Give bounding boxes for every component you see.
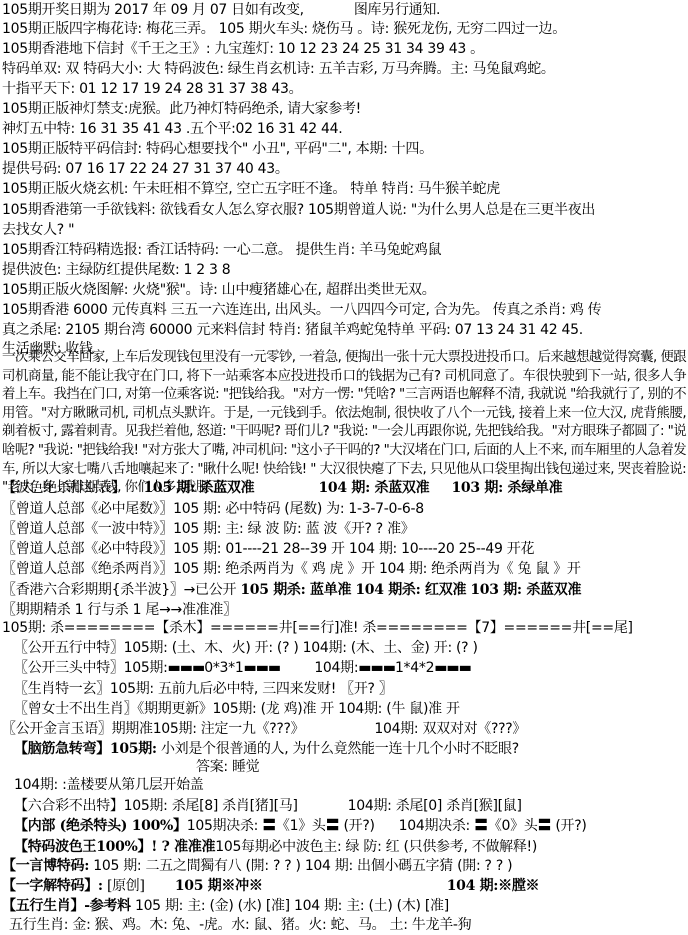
question: 小刘是个很普通的人, 为什么竟然能一连十几个小时不眨眼?: [161, 741, 519, 757]
answer: 答案: 睡觉: [196, 757, 259, 777]
fax-line: 105期香港 6000 元传真料 三五一六连连出, 出风头。一八四四今可定, 合…: [2, 300, 601, 320]
no-special-104: 104期: 杀尾[0] 杀肖[猴][鼠]: [348, 798, 522, 814]
half-wave-line: 〖香港六合彩期期{杀半波}〗→已公开 105 期杀: 蓝单准 104 期杀: 红…: [2, 580, 581, 600]
zodiac-mystery-line: 〖生肖特一玄〗105期: 五前九后必中特, 三四来发财! 〖开? 〗: [2, 679, 393, 699]
section-label: 【一言博特码:: [2, 858, 89, 874]
envelope-line: 105期香港地下信封《千王之王》: 九宝莲灯: 10 12 23 24 25 3…: [2, 39, 484, 59]
three-heads-line: 〖公开三头中特〗105期:▬▬▬0*3*1▬▬▬ 104期:▬▬▬1*4*2▬▬…: [2, 658, 471, 678]
no-special-105: 【六合彩不出特】105期: 杀尾[8] 杀肖[猪][马]: [14, 798, 298, 814]
special-code-line: 特码单双: 双 特码大小: 大 特码波色: 绿生肖玄机诗: 五羊吉彩, 万马奔腾…: [2, 59, 555, 79]
humor-story: 一次乘公交车回家, 上车后发现钱包里没有一元零钞, 一着急, 便掏出一张十元大票…: [2, 349, 686, 498]
fax-cont-line: 真之杀尾: 2105 期台湾 60000 元来料信封 特肖: 猪鼠羊鸡蛇兔特单 …: [2, 320, 583, 340]
golden-words-105: 〖公开金言玉语〗期期准105期: 注定一九《???》: [2, 721, 304, 737]
ms-zeng-line: 〖曾女士不出生肖〗《期期更新》105期: (龙 鸡)准 开 104期: (牛 鼠…: [2, 699, 460, 719]
ten-fingers-line: 十指平天下: 01 12 17 19 24 28 31 37 38 43。: [2, 79, 302, 99]
fire-mystery-line: 105期正版火烧玄机: 午未旺相不算空, 空亡五字旺不逢。 特单 特肖: 马牛猴…: [2, 179, 500, 199]
block-icon: ▬▬▬: [168, 660, 205, 676]
kill-wood-line: 105期: 杀========【杀木】======井[==行]准! 杀=====…: [2, 618, 633, 638]
plum-poem-line: 105期正版四字梅花诗: 梅花三弄。 105 期火车头: 烧伤马 。诗: 猴死龙…: [2, 19, 566, 39]
one-wave-line: 〖曾道人总部《一波中特》〗105 期: 主: 绿 波 防: 蓝 波《开? ? 准…: [2, 519, 414, 539]
brain-teaser-line: 【脑筋急转弯】105期: 小刘是个很普通的人, 为什么竟然能一连十几个小时不眨眼…: [2, 739, 519, 759]
wave-color-line: 提供波色: 主绿防红提供尾数: 1 2 3 8: [2, 260, 230, 280]
kill-105: 105期决杀: 〓《1》头〓 (开?): [187, 818, 375, 834]
section-label: 【波色绝杀排期表】: [2, 480, 125, 496]
lamp-five-line: 神灯五中特: 16 31 35 41 43 .五个平:02 16 31 42 4…: [2, 119, 342, 139]
block-icon: ▬▬▬: [434, 660, 471, 676]
five-element-list: 五行生肖: 金: 猴、鸡。木: 兔、-虎。水: 鼠、猪。火: 蛇、马。 土: 牛…: [0, 915, 471, 935]
value-104: 1*4*2: [395, 660, 434, 676]
section-label: 【特码波色王100%】! ? 准准准: [14, 839, 215, 855]
section-label: 〖香港六合彩期期{杀半波}〗→已公开: [2, 582, 236, 598]
period-105: 105 期杀: 蓝单准: [240, 582, 351, 598]
one-word-text: 105 期: 二五之間獨有八 (開: ? ? ) 104 期: 出個小碼五字猜 …: [89, 858, 512, 874]
one-char-line: 【一字解特码】: [原创] 105 期※冲※ 104 期:※膛※: [2, 876, 539, 896]
no-special-line: 【六合彩不出特】105期: 杀尾[8] 杀肖[猪][马]104期: 杀尾[0] …: [2, 796, 522, 816]
lamp-ban-line: 105期正版神灯禁支:虎猴。此乃神灯特码绝杀, 请大家参考!: [2, 99, 361, 119]
kill-104: 104期决杀: 〓《0》头〓 (开?): [399, 818, 587, 834]
wave-king-line: 【特码波色王100%】! ? 准准准105每期必中波色主: 绿 防: 红 (只供…: [2, 837, 537, 857]
brain-teaser-104: 104期: :盖楼要从第几层开始盖: [2, 775, 204, 795]
draw-date-text: 105期开奖日期为 2017 年 09 月 07 日如有改变,: [2, 2, 304, 18]
period-104-label: 104期:: [314, 660, 358, 676]
section-label: 【脑筋急转弯】105期:: [14, 741, 157, 757]
wave-kill-schedule: 【波色绝杀排期表】 105 期: 杀蓝双准 104 期: 杀蓝双准 103 期:…: [2, 478, 562, 498]
period-105: 105 期: 杀蓝双准: [143, 480, 254, 496]
fire-diagram-line: 105期正版火烧图解: 火烧"猴"。诗: 山中瘦猪雄心在, 超群出类世无双。: [2, 280, 435, 300]
golden-words-104: 104期: 双双对对《???》: [374, 721, 526, 737]
period-103: 103 期: 杀蓝双准: [470, 582, 581, 598]
numbers-line: 提供号码: 07 16 17 22 24 27 31 37 40 43。: [2, 159, 289, 179]
golden-words-line: 〖公开金言玉语〗期期准105期: 注定一九《???》104期: 双双对对《???…: [2, 719, 526, 739]
draw-date-line: 105期开奖日期为 2017 年 09 月 07 日如有改变,图库另行通知.: [2, 0, 440, 20]
five-element-zodiac-line: 【五行生肖】-参考料 105 期: 主: (金) (水) [准] 104 期: …: [2, 896, 449, 916]
notice-text: 图库另行通知.: [354, 2, 440, 18]
section-label: 【一字解特码】:: [2, 878, 103, 894]
period-105: 105 期※冲※: [175, 878, 263, 894]
period-103: 103 期: 杀绿单准: [451, 480, 562, 496]
five-elements-line: 〖公开五行中特〗105期: (土、木、火) 开: (? ) 104期: (木、土…: [2, 638, 478, 658]
period-104: 104 期:※膛※: [447, 878, 540, 894]
value-105: 0*3*1: [204, 660, 243, 676]
section-label: 【内部 (绝杀特头) 100%】: [14, 818, 187, 834]
tail-number-line: 〖曾道人总部《必中尾数》〗105 期: 必中特码 (尾数) 为: 1-3-7-0…: [2, 499, 424, 519]
block-icon: ▬▬▬: [358, 660, 395, 676]
one-word-line: 【一言博特码: 105 期: 二五之間獨有八 (開: ? ? ) 104 期: …: [2, 856, 512, 876]
flat-code-line: 105期正版特平码信封: 特码心想要找个" 小丑", 平码"二", 本期: 十四…: [2, 139, 433, 159]
kill-two-zodiac-line: 〖曾道人总部《绝杀两肖》〗105 期: 绝杀两肖为《 鸡 虎 》开 104 期:…: [2, 559, 581, 579]
period-104: 104 期: 杀蓝双准: [318, 480, 429, 496]
block-icon: ▬▬▬: [243, 660, 280, 676]
internal-kill-line: 【内部 (绝杀特头) 100%】105期决杀: 〓《1》头〓 (开?)104期决…: [2, 816, 587, 836]
xiangjiang-line: 105期香江特码精选报: 香江话特码: 一心二意。 提供生肖: 羊马兔蛇鸡鼠: [2, 240, 441, 260]
original-tag: [原创]: [107, 878, 145, 894]
first-hand-line: 105期香港第一手欲钱料: 欲钱看女人怎么穿衣服? 105期曾道人说: "为什么…: [2, 200, 595, 220]
wave-king-text: 105每期必中波色主: 绿 防: 红 (只供参考, 不做解释!): [215, 839, 537, 855]
section-label: 〖公开三头中特〗105期:: [14, 660, 168, 676]
special-range-line: 〖曾道人总部《必中特段》〗105 期: 01----21 28--39 开 10…: [2, 539, 534, 559]
five-element-text: 105 期: 主: (金) (水) [准] 104 期: 主: (土) (木) …: [135, 898, 449, 914]
precise-kill-line: 〖期期精杀 1 行与杀 1 尾→→准准准〗: [2, 600, 237, 620]
first-hand-cont-line: 去找女人? ": [2, 220, 74, 240]
section-label: 【五行生肖】-参考料: [2, 898, 131, 914]
period-104: 104 期杀: 红双准: [355, 582, 466, 598]
